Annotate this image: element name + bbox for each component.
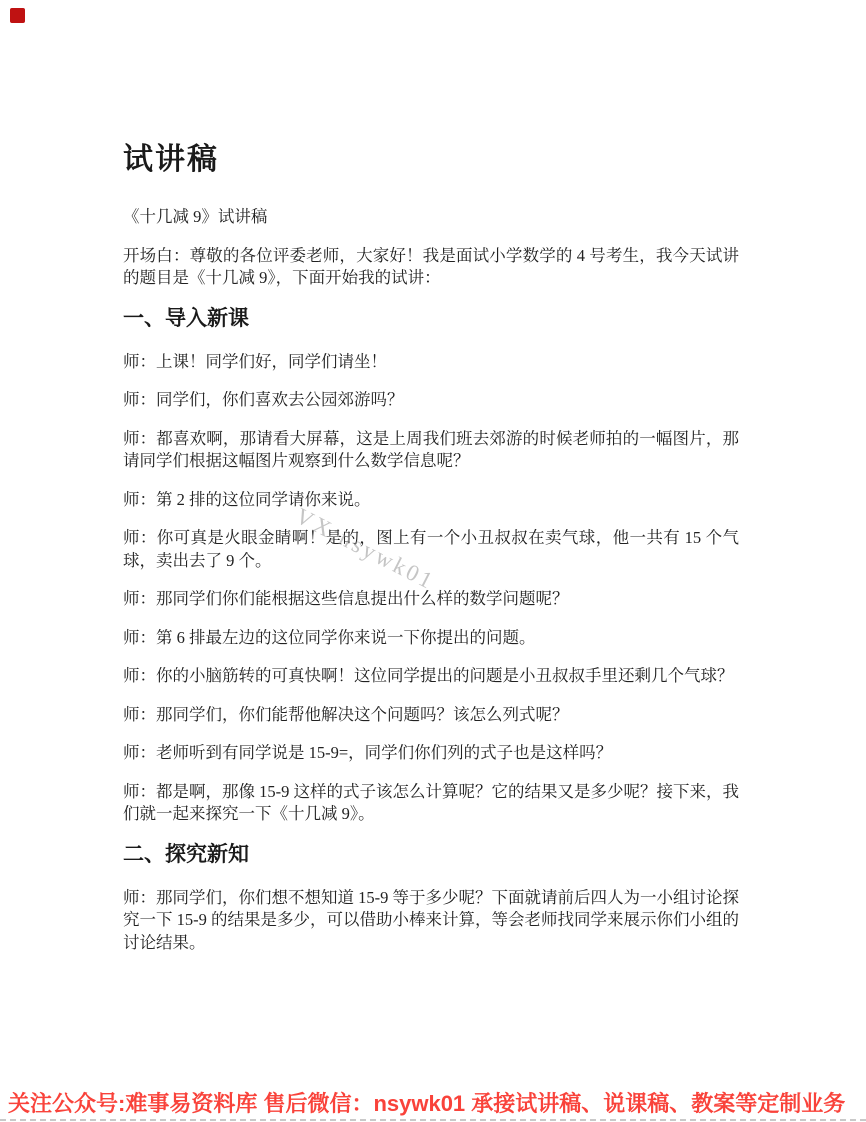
section-heading-2: 二、探究新知 <box>123 842 739 868</box>
paragraph: 师：你的小脑筋转的可真快啊！这位同学提出的问题是小丑叔叔手里还剩几个气球？ <box>123 665 739 688</box>
paragraph: 师：你可真是火眼金睛啊！是的，图上有一个小丑叔叔在卖气球，他一共有 15 个气球… <box>123 527 739 572</box>
paragraph: 师：第 6 排最左边的这位同学你来说一下你提出的问题。 <box>123 627 739 650</box>
paragraph: 师：第 2 排的这位同学请你来说。 <box>123 489 739 512</box>
paragraph: 师：都喜欢啊，那请看大屏幕，这是上周我们班去郊游的时候老师拍的一幅图片，那请同学… <box>123 428 739 473</box>
document-subtitle: 《十几减 9》试讲稿 <box>123 206 739 229</box>
paragraph: 师：都是啊，那像 15-9 这样的式子该怎么计算呢？它的结果又是多少呢？接下来，… <box>123 781 739 826</box>
document-page: { "document": { "title": "试讲稿", "subtitl… <box>0 0 866 1122</box>
paragraph: 师：老师听到有同学说是 15-9=，同学们你们列的式子也是这样吗？ <box>123 742 739 765</box>
intro-paragraph: 开场白：尊敬的各位评委老师，大家好！我是面试小学数学的 4 号考生，我今天试讲的… <box>123 245 739 290</box>
promo-footer-text: 关注公众号:难事易资料库 售后微信：nsywk01 承接试讲稿、说课稿、教案等定… <box>8 1091 860 1116</box>
page-title: 试讲稿 <box>123 141 739 178</box>
document-body: 试讲稿 《十几减 9》试讲稿 开场白：尊敬的各位评委老师，大家好！我是面试小学数… <box>123 141 739 970</box>
page-corner-red-marker <box>10 8 25 23</box>
bottom-dashed-divider <box>0 1119 866 1121</box>
paragraph: 师：上课！同学们好，同学们请坐！ <box>123 351 739 374</box>
paragraph: 师：那同学们，你们想不想知道 15-9 等于多少呢？下面就请前后四人为一小组讨论… <box>123 887 739 955</box>
paragraph: 师：那同学们你们能根据这些信息提出什么样的数学问题呢？ <box>123 588 739 611</box>
paragraph: 师：那同学们，你们能帮他解决这个问题吗？该怎么列式呢？ <box>123 704 739 727</box>
section-heading-1: 一、导入新课 <box>123 306 739 332</box>
paragraph: 师：同学们，你们喜欢去公园郊游吗？ <box>123 389 739 412</box>
